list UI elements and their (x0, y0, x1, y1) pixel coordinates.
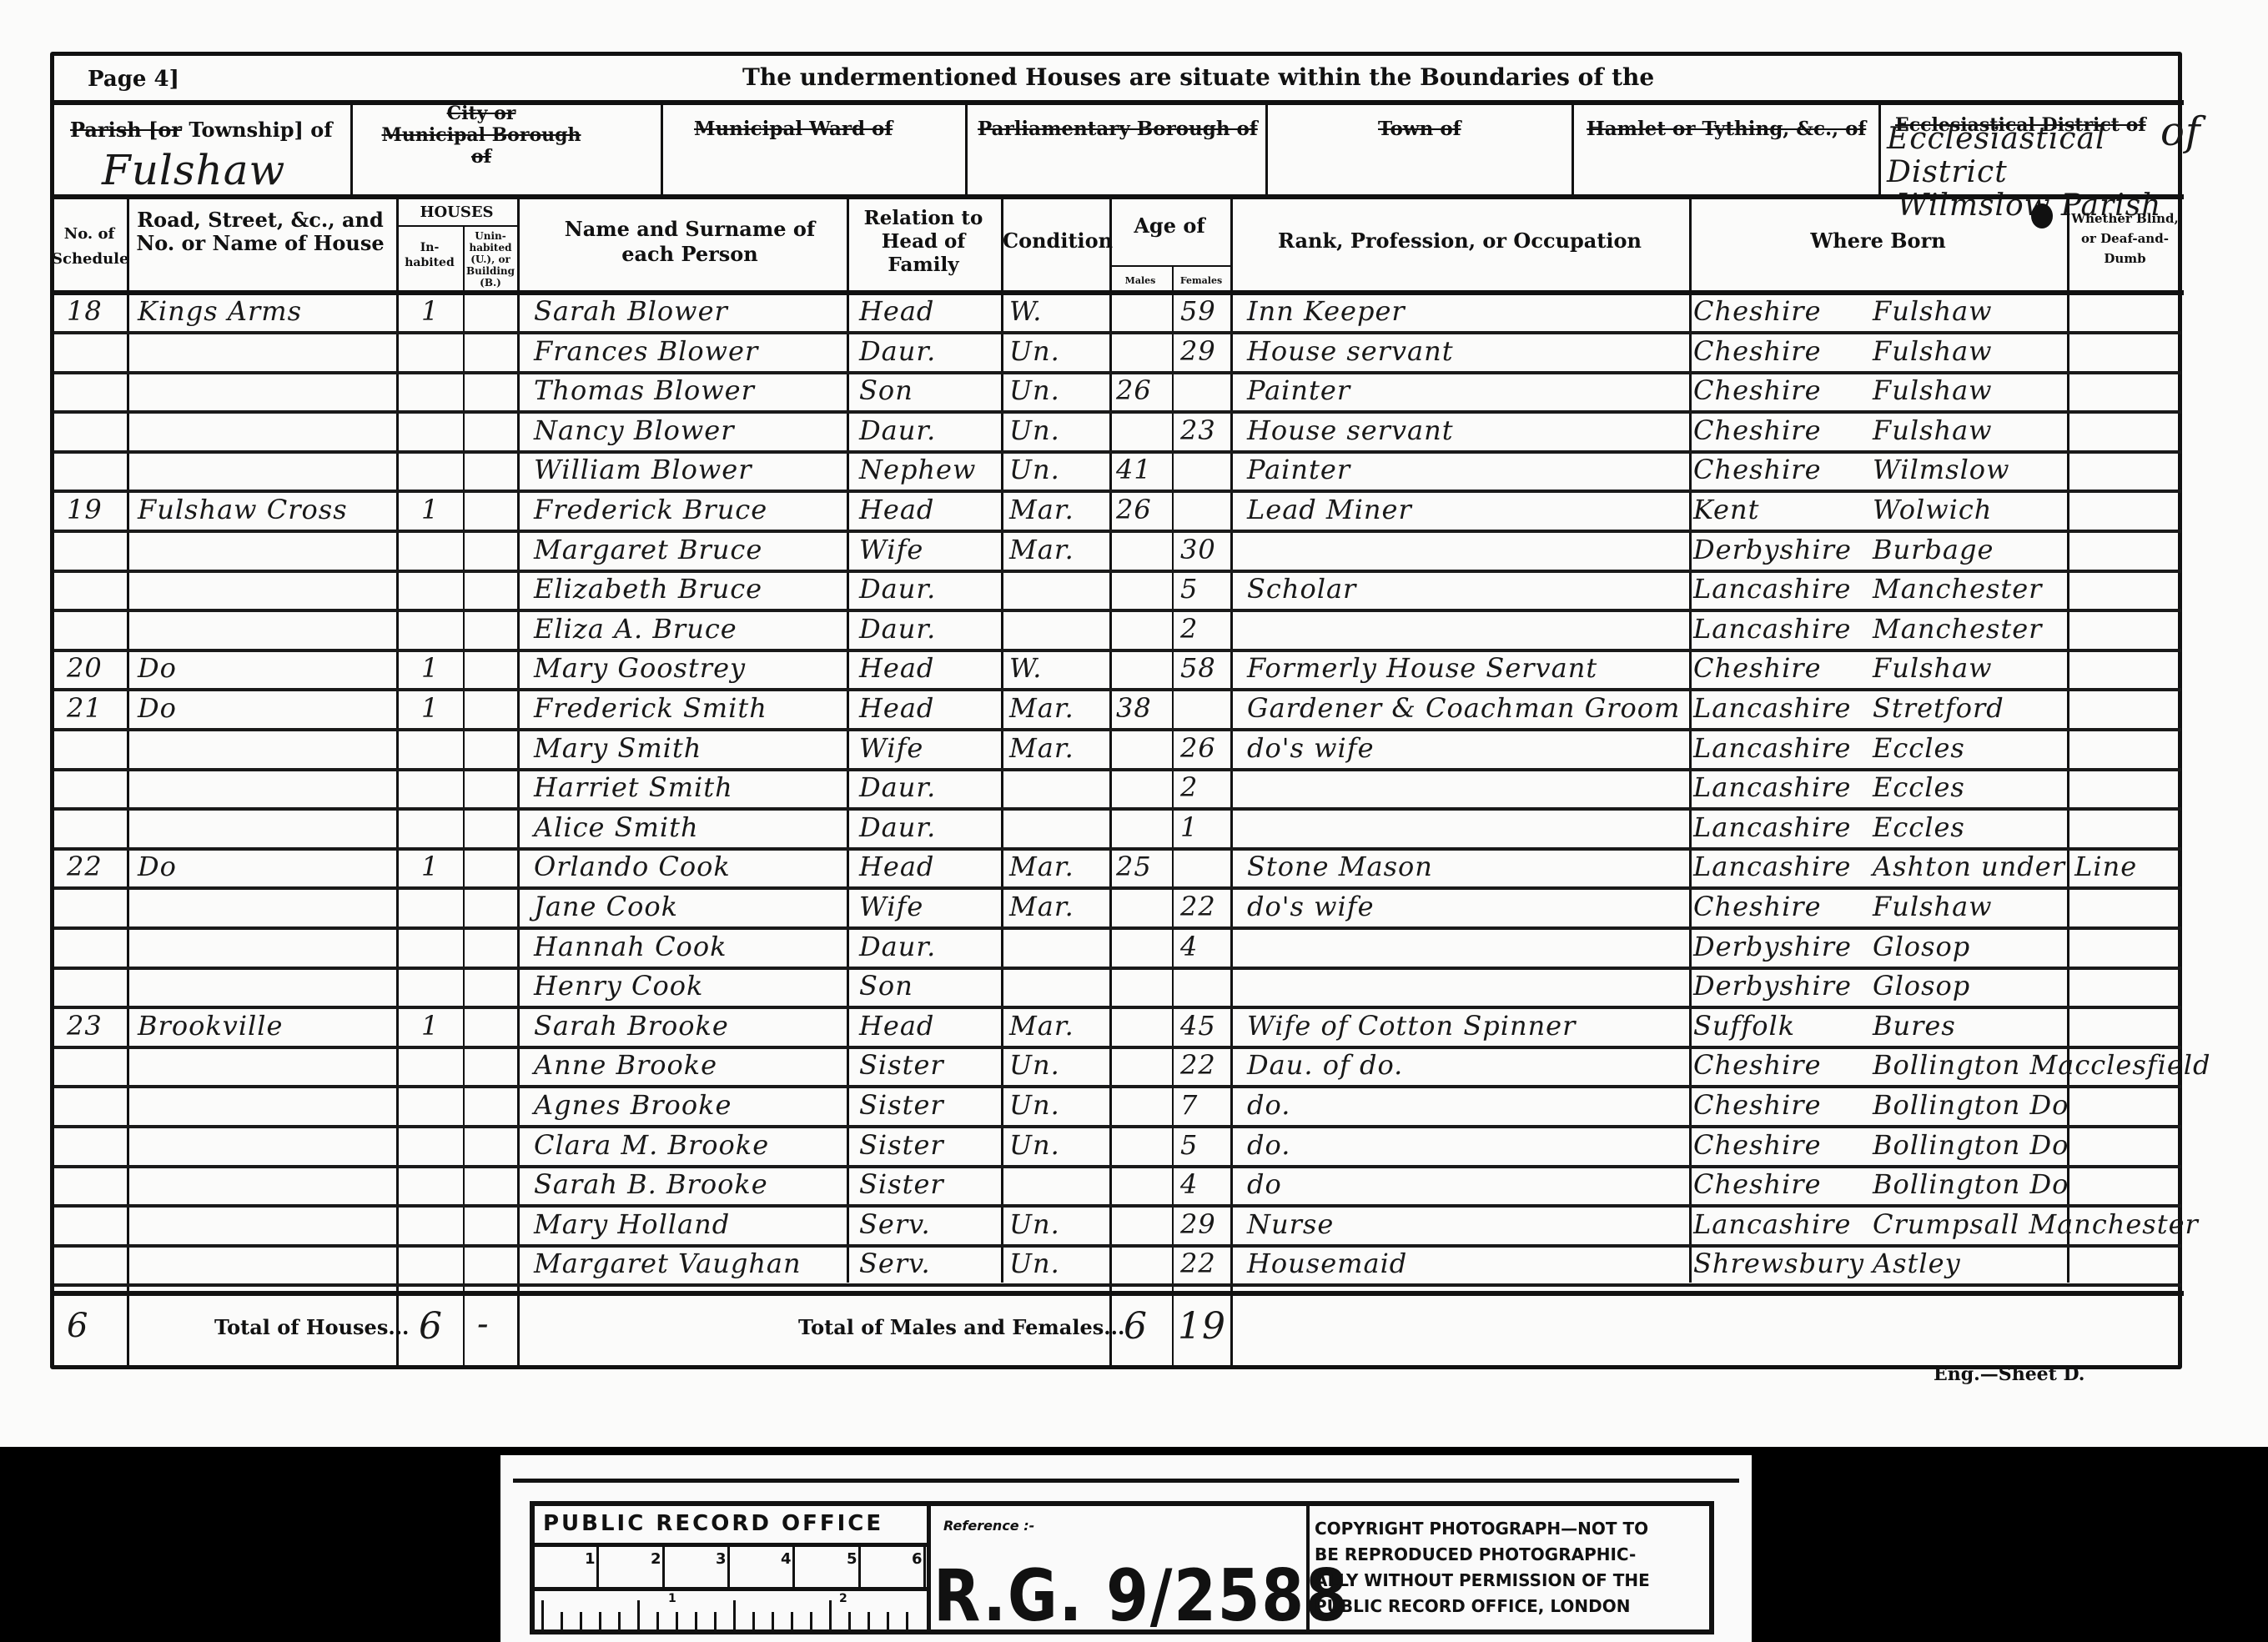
road-cell: Kings Arms (138, 295, 302, 327)
place-cell: Bures (1873, 1010, 1956, 1042)
condition-cell: Un. (1009, 1129, 1060, 1161)
occupation-cell: Stone Mason (1247, 851, 1433, 882)
name-cell: Agnes Brooke (534, 1089, 732, 1121)
female-age-cell: 4 (1180, 1168, 1198, 1200)
copyright-line: PUBLIC RECORD OFFICE, LONDON (1315, 1594, 1650, 1619)
occupation-cell: Formerly House Servant (1247, 652, 1597, 684)
relation-cell: Head (859, 652, 934, 684)
header-relation: Relation to Head of Family (848, 207, 998, 277)
condition-cell: Un. (1009, 1248, 1060, 1279)
name-cell: Alice Smith (534, 811, 699, 843)
condition-cell: Un. (1009, 1089, 1060, 1121)
condition-cell: Un. (1009, 374, 1060, 406)
totals-row: 6 Total of Houses... 6 - Total of Males … (52, 1297, 2184, 1368)
county-cell: Derbyshire (1693, 970, 1852, 1002)
ruler-tick (887, 1612, 889, 1630)
header-name: Name and Surname of each Person (552, 217, 827, 267)
name-cell: Clara M. Brooke (534, 1129, 769, 1161)
ruler-tick (829, 1600, 832, 1630)
occupation-cell: do's wife (1247, 732, 1375, 764)
boundary-city: City orMunicipal Borough of (369, 103, 594, 168)
ruler-tick (599, 1612, 601, 1630)
schedule-cell: 19 (67, 494, 103, 525)
occupation-cell: Housemaid (1247, 1248, 1407, 1279)
place-cell: Fulshaw (1873, 295, 1993, 327)
total-houses-uninhabited: - (477, 1305, 490, 1343)
female-age-cell: 22 (1180, 1049, 1216, 1081)
condition-cell: Un. (1009, 1049, 1060, 1081)
name-cell: Mary Holland (534, 1208, 730, 1240)
female-age-cell: 2 (1180, 613, 1198, 645)
divider (1306, 1506, 1310, 1631)
table-row: Anne BrookeSisterUn.22Dau. of do.Cheshir… (0, 1047, 2268, 1087)
schedule-cell: 22 (67, 851, 103, 882)
female-age-cell: 5 (1180, 1129, 1198, 1161)
schedule-cell: 23 (67, 1010, 103, 1042)
occupation-cell: do. (1247, 1089, 1290, 1121)
female-age-cell: 5 (1180, 573, 1198, 605)
table-row: Frances BlowerDaur.Un.29House servantChe… (0, 334, 2268, 374)
place-cell: Eccles (1873, 811, 1965, 843)
total-males: 6 (1124, 1305, 1148, 1348)
inhabited-cell: 1 (421, 652, 439, 684)
divider (1878, 103, 1881, 194)
copyright-line: COPYRIGHT PHOTOGRAPH—NOT TO (1315, 1516, 1650, 1542)
inhabited-cell: 1 (421, 851, 439, 882)
place-cell: Glosop (1873, 931, 1970, 962)
copyright-notice: COPYRIGHT PHOTOGRAPH—NOT TOBE REPRODUCED… (1315, 1516, 1650, 1619)
place-cell: Bollington Do (1873, 1089, 2069, 1121)
county-cell: Derbyshire (1693, 931, 1852, 962)
name-cell: Margaret Vaughan (534, 1248, 802, 1279)
divider (1572, 103, 1574, 194)
condition-cell: Un. (1009, 1208, 1060, 1240)
condition-cell: Un. (1009, 335, 1060, 367)
parish-value: Fulshaw (102, 146, 285, 194)
place-cell: Manchester (1873, 613, 2042, 645)
place-cell: Eccles (1873, 732, 1965, 764)
ruler-tick (727, 1547, 730, 1587)
scale-ruler: 12345612 (535, 1547, 927, 1630)
county-cell: Lancashire (1693, 811, 1851, 843)
relation-cell: Wife (859, 534, 923, 565)
ruler-number: 6 (912, 1550, 923, 1568)
road-cell: Fulshaw Cross (138, 494, 348, 525)
relation-cell: Son (859, 970, 913, 1002)
page-label: Page 4] (88, 67, 179, 92)
ruler-tick (596, 1547, 599, 1587)
name-cell: Margaret Bruce (534, 534, 762, 565)
header-males: Males (1111, 270, 1169, 292)
total-schedules: 6 (67, 1307, 88, 1345)
relation-cell: Daur. (859, 414, 936, 446)
table-row: Mary SmithWifeMar.26do's wifeLancashireE… (0, 731, 2268, 771)
female-age-cell: 26 (1180, 732, 1216, 764)
name-cell: Sarah Blower (534, 295, 728, 327)
county-cell: Lancashire (1693, 732, 1851, 764)
header-houses: HOUSES (396, 202, 517, 223)
total-houses-label: Total of Houses... (214, 1315, 409, 1339)
occupation-cell: Painter (1247, 374, 1350, 406)
header-schedule: No. of Schedule (52, 222, 127, 272)
female-age-cell: 45 (1180, 1010, 1216, 1042)
ruler-tick (867, 1612, 870, 1630)
divider (52, 1291, 2184, 1296)
table-row: Sarah B. BrookeSister4doCheshireBollingt… (0, 1167, 2268, 1207)
county-cell: Cheshire (1693, 374, 1822, 406)
county-cell: Kent (1693, 494, 1759, 525)
ruler-number: 5 (847, 1550, 857, 1568)
relation-cell: Wife (859, 732, 923, 764)
schedule-cell: 20 (67, 652, 103, 684)
name-cell: Nancy Blower (534, 414, 735, 446)
occupation-cell: Gardener & Coachman Groom (1247, 692, 1680, 724)
name-cell: Sarah Brooke (534, 1010, 729, 1042)
ruler-tick (637, 1600, 640, 1630)
place-cell: Fulshaw (1873, 414, 1993, 446)
county-cell: Lancashire (1693, 771, 1851, 803)
reference-card: PUBLIC RECORD OFFICE 12345612 Reference … (500, 1455, 1752, 1642)
county-cell: Cheshire (1693, 1168, 1822, 1200)
ruler-tick (695, 1612, 697, 1630)
reference-number: R.G. 9/2588 (933, 1554, 1349, 1638)
total-houses-inhabited: 6 (419, 1305, 443, 1348)
road-cell: Brookville (138, 1010, 283, 1042)
county-cell: Cheshire (1693, 1089, 1822, 1121)
schedule-cell: 21 (67, 692, 103, 724)
place-cell: Fulshaw (1873, 891, 1993, 922)
relation-cell: Daur. (859, 613, 936, 645)
county-cell: Cheshire (1693, 1049, 1822, 1081)
name-cell: Henry Cook (534, 970, 703, 1002)
relation-cell: Head (859, 295, 934, 327)
male-age-cell: 26 (1116, 494, 1152, 525)
ruler-tick (561, 1612, 563, 1630)
county-cell: Cheshire (1693, 295, 1822, 327)
relation-cell: Sister (859, 1168, 944, 1200)
ruler-tick (676, 1612, 678, 1630)
name-cell: Mary Smith (534, 732, 702, 764)
condition-cell: Un. (1009, 454, 1060, 485)
name-cell: Harriet Smith (534, 771, 733, 803)
place-cell: Stretford (1873, 692, 2004, 724)
census-page: Page 4] The undermentioned Houses are si… (0, 0, 2268, 1447)
boundary-ward: Municipal Ward of (694, 118, 893, 140)
divider (513, 1479, 1739, 1483)
relation-cell: Sister (859, 1129, 944, 1161)
boundary-town: Town of (1378, 118, 1461, 140)
table-row: Margaret VaughanServ.Un.22HousemaidShrew… (0, 1246, 2268, 1286)
ruler-tick (656, 1612, 659, 1630)
female-age-cell: 22 (1180, 891, 1216, 922)
county-cell: Cheshire (1693, 414, 1822, 446)
inhabited-cell: 1 (421, 1010, 439, 1042)
occupation-cell: do (1247, 1168, 1282, 1200)
table-row: Harriet SmithDaur.2LancashireEccles (0, 770, 2268, 810)
road-cell: Do (138, 692, 177, 724)
divider (396, 225, 517, 227)
ruler-number: 1 (668, 1592, 676, 1605)
place-cell: Fulshaw (1873, 335, 1993, 367)
ruler-tick (733, 1600, 736, 1630)
occupation-cell: House servant (1247, 414, 1454, 446)
county-cell: Lancashire (1693, 692, 1851, 724)
name-cell: Eliza A. Bruce (534, 613, 737, 645)
condition-cell: Mar. (1009, 534, 1074, 565)
occupation-cell: Lead Miner (1247, 494, 1412, 525)
occupation-cell: Scholar (1247, 573, 1356, 605)
reference-stamp: PUBLIC RECORD OFFICE 12345612 Reference … (530, 1501, 1714, 1634)
ruler-number: 2 (651, 1550, 661, 1568)
relation-cell: Head (859, 851, 934, 882)
female-age-cell: 59 (1180, 295, 1216, 327)
name-cell: Hannah Cook (534, 931, 727, 962)
female-age-cell: 29 (1180, 1208, 1216, 1240)
female-age-cell: 1 (1180, 811, 1198, 843)
female-age-cell: 23 (1180, 414, 1216, 446)
relation-cell: Nephew (859, 454, 976, 485)
ruler-tick (923, 1547, 926, 1587)
place-cell: Ashton under Line (1873, 851, 2137, 882)
occupation-cell: Painter (1247, 454, 1350, 485)
divider (350, 103, 353, 194)
county-cell: Lancashire (1693, 613, 1851, 645)
name-cell: William Blower (534, 454, 752, 485)
relation-cell: Sister (859, 1089, 944, 1121)
table-row: Elizabeth BruceDaur.5ScholarLancashireMa… (0, 571, 2268, 611)
ruler-tick (858, 1547, 861, 1587)
row-divider (54, 1283, 2181, 1287)
occupation-cell: Inn Keeper (1247, 295, 1406, 327)
condition-cell: Mar. (1009, 494, 1074, 525)
male-age-cell: 26 (1116, 374, 1152, 406)
page-title: The undermentioned Houses are situate wi… (742, 63, 1654, 91)
header-condition: Condition (1003, 230, 1109, 252)
relation-cell: Sister (859, 1049, 944, 1081)
county-cell: Cheshire (1693, 1129, 1822, 1161)
ruler-number: 3 (716, 1550, 727, 1568)
table-row: Mary HollandServ.Un.29NurseLancashireCru… (0, 1207, 2268, 1247)
name-cell: Mary Goostrey (534, 652, 746, 684)
relation-cell: Head (859, 1010, 934, 1042)
office-label: PUBLIC RECORD OFFICE (543, 1511, 883, 1536)
male-age-cell: 41 (1116, 454, 1152, 485)
female-age-cell: 7 (1180, 1089, 1198, 1121)
boundary-parliamentary: Parliamentary Borough of (978, 118, 1258, 140)
margin-note: of (2160, 108, 2201, 155)
table-row: 22Do1Orlando CookHeadMar.25Stone MasonLa… (0, 849, 2268, 889)
name-cell: Thomas Blower (534, 374, 755, 406)
place-cell: Burbage (1873, 534, 1994, 565)
table-row: 20Do1Mary GoostreyHeadW.58Formerly House… (0, 650, 2268, 690)
divider (1265, 103, 1268, 194)
relation-cell: Head (859, 692, 934, 724)
county-cell: Shrewsbury (1693, 1248, 1864, 1279)
female-age-cell: 2 (1180, 771, 1198, 803)
name-cell: Frederick Bruce (534, 494, 767, 525)
ruler-tick (792, 1547, 795, 1587)
female-age-cell: 58 (1180, 652, 1216, 684)
county-cell: Cheshire (1693, 335, 1822, 367)
boundaries-row: Parish [or Township] of Fulshaw City orM… (52, 103, 2184, 194)
ruler-tick (662, 1547, 665, 1587)
county-cell: Lancashire (1693, 1208, 1851, 1240)
header-uninhabited: Unin-habited (U.), or Building (B.) (465, 230, 516, 289)
relation-cell: Serv. (859, 1208, 931, 1240)
place-cell: Manchester (1873, 573, 2042, 605)
occupation-cell: House servant (1247, 335, 1454, 367)
ruler-tick (848, 1612, 851, 1630)
ruler-number: 2 (839, 1592, 847, 1605)
table-row: 23Brookville1Sarah BrookeHeadMar.45Wife … (0, 1008, 2268, 1048)
ruler-number: 4 (781, 1550, 792, 1568)
county-cell: Lancashire (1693, 573, 1851, 605)
table-row: Henry CookSonDerbyshireGlosop (0, 968, 2268, 1008)
condition-cell: Mar. (1009, 692, 1074, 724)
occupation-cell: do. (1247, 1129, 1290, 1161)
header-where-born: Where Born (1689, 230, 2067, 252)
ruler-tick (580, 1612, 582, 1630)
ruler-tick (714, 1612, 717, 1630)
divider (661, 103, 663, 194)
header-females: Females (1172, 270, 1230, 292)
table-row: Margaret BruceWifeMar.30DerbyshireBurbag… (0, 532, 2268, 572)
name-cell: Orlando Cook (534, 851, 731, 882)
relation-cell: Daur. (859, 335, 936, 367)
condition-cell: Un. (1009, 414, 1060, 446)
male-age-cell: 38 (1116, 692, 1152, 724)
county-cell: Cheshire (1693, 652, 1822, 684)
header-inhabited: In-habited (396, 240, 463, 270)
ruler-tick (772, 1612, 774, 1630)
name-cell: Jane Cook (534, 891, 678, 922)
column-headers: No. of Schedule Road, Street, &c., and N… (52, 198, 2184, 290)
county-cell: Derbyshire (1693, 534, 1852, 565)
occupation-cell: do's wife (1247, 891, 1375, 922)
place-cell: Wolwich (1873, 494, 1992, 525)
place-cell: Astley (1873, 1248, 1961, 1279)
relation-cell: Daur. (859, 771, 936, 803)
place-cell: Bollington Macclesfield (1873, 1049, 2211, 1081)
occupation-cell: Nurse (1247, 1208, 1334, 1240)
inhabited-cell: 1 (421, 692, 439, 724)
table-row: Thomas BlowerSonUn.26PainterCheshireFuls… (0, 373, 2268, 413)
divider (535, 1587, 927, 1591)
table-row: Nancy BlowerDaur.Un.23House servantChesh… (0, 413, 2268, 453)
name-cell: Elizabeth Bruce (534, 573, 762, 605)
boundary-hamlet: Hamlet or Tything, &c., of (1587, 118, 1866, 140)
condition-cell: Mar. (1009, 732, 1074, 764)
boundary-parish: Parish [or Township] of (70, 118, 333, 142)
relation-cell: Serv. (859, 1248, 931, 1279)
table-row: Hannah CookDaur.4DerbyshireGlosop (0, 929, 2268, 969)
relation-cell: Wife (859, 891, 923, 922)
copyright-line: ALLY WITHOUT PERMISSION OF THE (1315, 1568, 1650, 1594)
divider (927, 1506, 931, 1631)
occupation-cell: Dau. of do. (1247, 1049, 1403, 1081)
condition-cell: Mar. (1009, 1010, 1074, 1042)
place-cell: Wilmslow (1873, 454, 2009, 485)
condition-cell: Mar. (1009, 851, 1074, 882)
total-females: 19 (1178, 1305, 1226, 1348)
ruler-tick (618, 1612, 621, 1630)
county-cell: Cheshire (1693, 454, 1822, 485)
ruler-tick (810, 1612, 812, 1630)
condition-cell: Mar. (1009, 891, 1074, 922)
road-cell: Do (138, 851, 177, 882)
header-age: Age of (1111, 215, 1228, 237)
county-cell: Cheshire (1693, 891, 1822, 922)
ruler-tick (791, 1612, 793, 1630)
place-cell: Fulshaw (1873, 374, 1993, 406)
copyright-line: BE REPRODUCED PHOTOGRAPHIC- (1315, 1542, 1650, 1568)
ruler-tick (752, 1612, 755, 1630)
female-age-cell: 22 (1180, 1248, 1216, 1279)
table-row: William BlowerNephewUn.41PainterCheshire… (0, 452, 2268, 492)
relation-cell: Daur. (859, 573, 936, 605)
divider (1109, 265, 1230, 267)
divider (965, 103, 968, 194)
inhabited-cell: 1 (421, 295, 439, 327)
header-road: Road, Street, &c., and No. or Name of Ho… (135, 208, 385, 255)
punch-hole-mark (2031, 203, 2053, 228)
male-age-cell: 25 (1116, 851, 1152, 882)
ruler-number: 1 (585, 1550, 596, 1568)
county-cell: Suffolk (1693, 1010, 1795, 1042)
reference-label: Reference :- (943, 1518, 1034, 1534)
total-persons-label: Total of Males and Females... (798, 1315, 1124, 1339)
place-cell: Eccles (1873, 771, 1965, 803)
place-cell: Crumpsall Manchester (1873, 1208, 2199, 1240)
table-row: 21Do1Frederick SmithHeadMar.38Gardener &… (0, 690, 2268, 731)
name-cell: Frances Blower (534, 335, 758, 367)
table-row: Clara M. BrookeSisterUn.5do.CheshireBoll… (0, 1127, 2268, 1167)
county-cell: Lancashire (1693, 851, 1851, 882)
inhabited-cell: 1 (421, 494, 439, 525)
female-age-cell: 30 (1180, 534, 1216, 565)
table-row: 19Fulshaw Cross1Frederick BruceHeadMar.2… (0, 492, 2268, 532)
name-cell: Anne Brooke (534, 1049, 717, 1081)
relation-cell: Head (859, 494, 934, 525)
place-cell: Bollington Do (1873, 1129, 2069, 1161)
ruler-tick (906, 1612, 908, 1630)
female-age-cell: 29 (1180, 335, 1216, 367)
relation-cell: Son (859, 374, 913, 406)
name-cell: Sarah B. Brooke (534, 1168, 768, 1200)
place-cell: Fulshaw (1873, 652, 1993, 684)
road-cell: Do (138, 652, 177, 684)
condition-cell: W. (1009, 652, 1042, 684)
place-cell: Glosop (1873, 970, 1970, 1002)
relation-cell: Daur. (859, 811, 936, 843)
table-row: Jane CookWifeMar.22do's wifeCheshireFuls… (0, 889, 2268, 929)
table-row: Agnes BrookeSisterUn.7do.CheshireBolling… (0, 1087, 2268, 1127)
table-row: Eliza A. BruceDaur.2LancashireManchester (0, 611, 2268, 651)
occupation-cell: Wife of Cotton Spinner (1247, 1010, 1576, 1042)
condition-cell: W. (1009, 295, 1042, 327)
relation-cell: Daur. (859, 931, 936, 962)
female-age-cell: 4 (1180, 931, 1198, 962)
header-blind: Whether Blind, or Deaf-and-Dumb (2069, 208, 2181, 269)
table-row: Alice SmithDaur.1LancashireEccles (0, 810, 2268, 850)
place-cell: Bollington Do (1873, 1168, 2069, 1200)
census-rows: 18Kings Arms1Sarah BlowerHeadW.59Inn Kee… (0, 294, 2268, 1286)
sheet-mark: Eng.—Sheet D. (1934, 1363, 2084, 1385)
ruler-tick (541, 1600, 544, 1630)
table-row: 18Kings Arms1Sarah BlowerHeadW.59Inn Kee… (0, 294, 2268, 334)
name-cell: Frederick Smith (534, 692, 767, 724)
schedule-cell: 18 (67, 295, 103, 327)
